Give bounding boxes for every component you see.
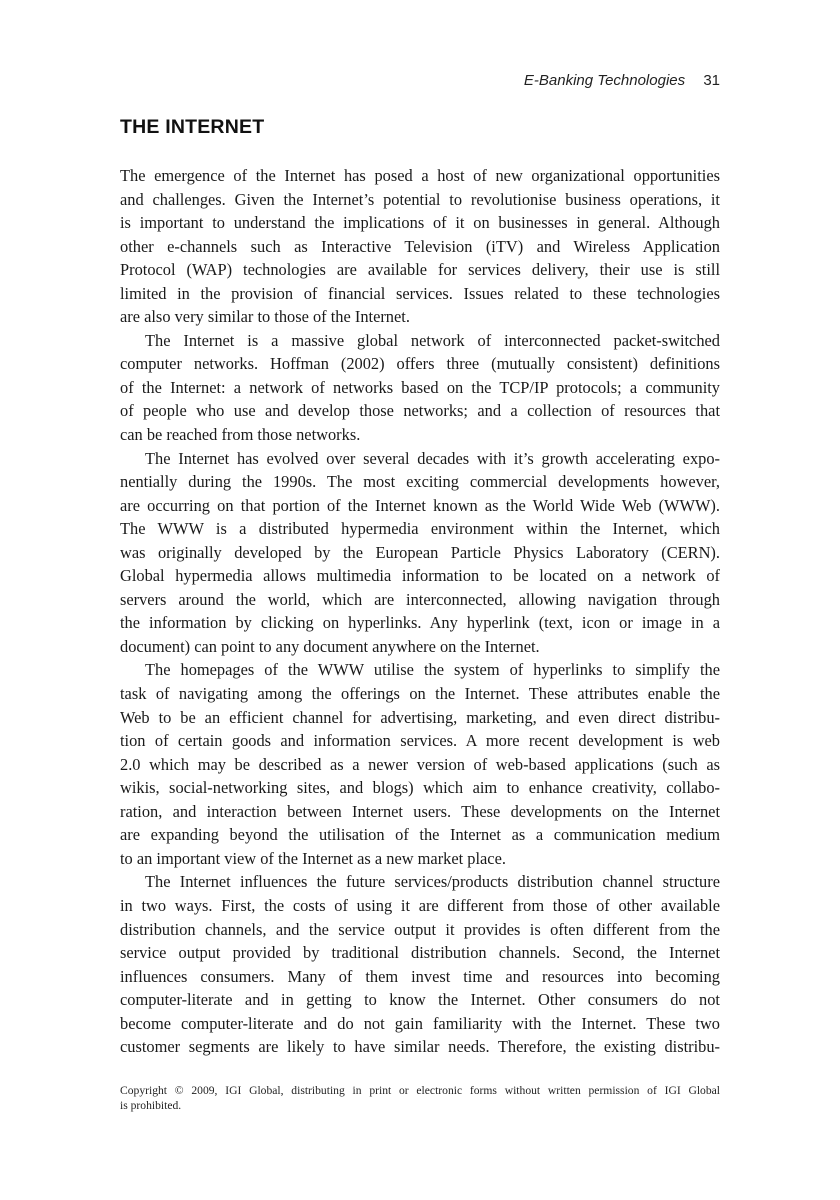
text-line: task of navigating among the offerings o…: [120, 682, 720, 706]
text-line: document) can point to any document anyw…: [120, 635, 720, 659]
text-line: can be reached from those networks.: [120, 423, 720, 447]
text-line: Protocol (WAP) technologies are availabl…: [120, 258, 720, 282]
text-line: distribution channels, and the service o…: [120, 918, 720, 942]
text-line: The emergence of the Internet has posed …: [120, 164, 720, 188]
text-line: service output provided by traditional d…: [120, 941, 720, 965]
copyright-line-2: is prohibited.: [120, 1098, 720, 1113]
text-line: The Internet influences the future servi…: [120, 870, 720, 894]
text-line: ration, and interaction between Internet…: [120, 800, 720, 824]
text-line: computer-literate and in getting to know…: [120, 988, 720, 1012]
text-line: limited in the provision of financial se…: [120, 282, 720, 306]
text-line: was originally developed by the European…: [120, 541, 720, 565]
text-line: in two ways. First, the costs of using i…: [120, 894, 720, 918]
copyright-footer: Copyright © 2009, IGI Global, distributi…: [120, 1083, 720, 1113]
paragraph: The Internet is a massive global network…: [120, 329, 720, 447]
text-line: The homepages of the WWW utilise the sys…: [120, 658, 720, 682]
text-line: to an important view of the Internet as …: [120, 847, 720, 871]
text-line: Web to be an efficient channel for adver…: [120, 706, 720, 730]
page-number: 31: [703, 72, 720, 89]
text-line: Global hypermedia allows multimedia info…: [120, 564, 720, 588]
text-line: are expanding beyond the utilisation of …: [120, 823, 720, 847]
text-line: tion of certain goods and information se…: [120, 729, 720, 753]
text-line: of the Internet: a network of networks b…: [120, 376, 720, 400]
text-line: are occurring on that portion of the Int…: [120, 494, 720, 518]
text-line: servers around the world, which are inte…: [120, 588, 720, 612]
text-line: nentially during the 1990s. The most exc…: [120, 470, 720, 494]
text-line: The Internet is a massive global network…: [120, 329, 720, 353]
text-line: and challenges. Given the Internet’s pot…: [120, 188, 720, 212]
text-line: 2.0 which may be described as a newer ve…: [120, 753, 720, 777]
running-head: E-Banking Technologies 31: [524, 72, 720, 89]
running-head-title: E-Banking Technologies: [524, 72, 685, 89]
copyright-line-1: Copyright © 2009, IGI Global, distributi…: [120, 1083, 720, 1098]
body-text: The emergence of the Internet has posed …: [120, 164, 720, 1059]
text-line: other e-channels such as Interactive Tel…: [120, 235, 720, 259]
paragraph: The Internet influences the future servi…: [120, 870, 720, 1058]
text-line: the information by clicking on hyperlink…: [120, 611, 720, 635]
text-line: is important to understand the implicati…: [120, 211, 720, 235]
text-line: wikis, social-networking sites, and blog…: [120, 776, 720, 800]
paragraph: The homepages of the WWW utilise the sys…: [120, 658, 720, 870]
section-heading: THE INTERNET: [120, 116, 264, 139]
text-line: are also very similar to those of the In…: [120, 305, 720, 329]
text-line: The WWW is a distributed hypermedia envi…: [120, 517, 720, 541]
paragraph: The Internet has evolved over several de…: [120, 447, 720, 659]
text-line: influences consumers. Many of them inves…: [120, 965, 720, 989]
paragraph: The emergence of the Internet has posed …: [120, 164, 720, 329]
text-line: The Internet has evolved over several de…: [120, 447, 720, 471]
text-line: become computer-literate and do not gain…: [120, 1012, 720, 1036]
text-line: customer segments are likely to have sim…: [120, 1035, 720, 1059]
text-line: computer networks. Hoffman (2002) offers…: [120, 352, 720, 376]
text-line: of people who use and develop those netw…: [120, 399, 720, 423]
